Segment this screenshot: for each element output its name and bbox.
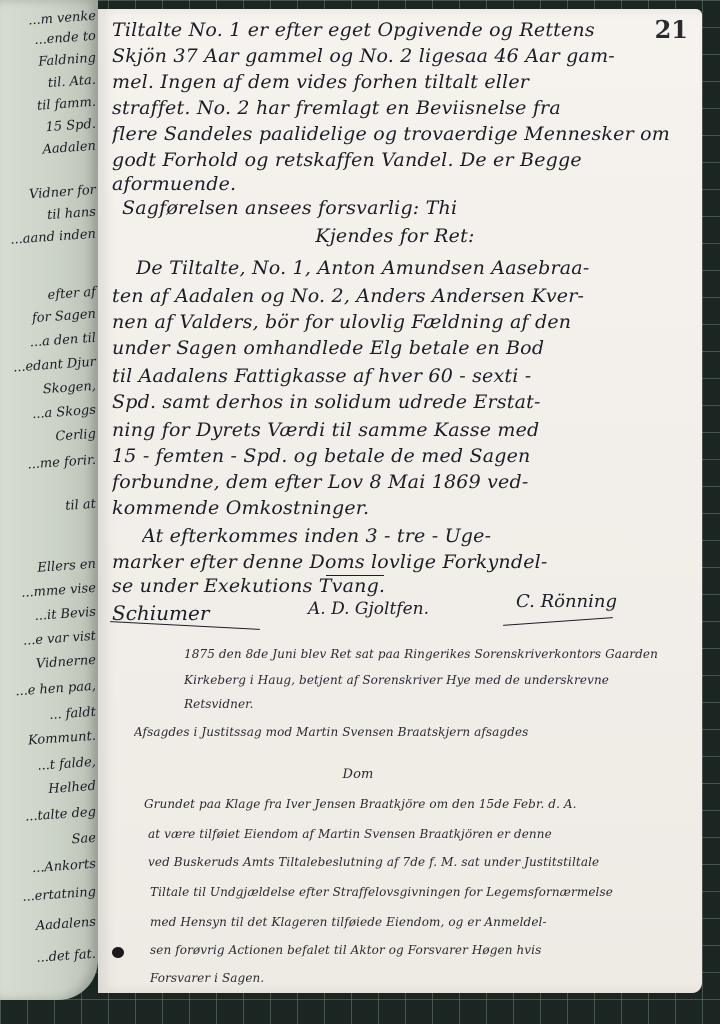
verdict-line: ning for Dyrets Værdi til samme Kasse me… bbox=[112, 419, 678, 441]
left-fragment: ...edant Djur bbox=[2, 355, 97, 377]
left-fragment: ...mme vise bbox=[2, 581, 97, 603]
left-fragment: til. Ata. bbox=[2, 73, 97, 95]
dom-heading: Dom bbox=[98, 767, 618, 782]
left-fragment: 15 Spd. bbox=[2, 117, 97, 139]
left-fragment: Aadalens bbox=[2, 915, 97, 937]
left-fragment: til at bbox=[2, 497, 97, 519]
left-fragment: ...aand inden bbox=[2, 227, 97, 249]
left-fragment: ...me forir. bbox=[2, 453, 97, 475]
left-fragment: Ellers en bbox=[2, 557, 97, 579]
dom-line: Forsvarer i Sagen. bbox=[150, 971, 690, 985]
entry-line: flere Sandeles paalidelige og trovaerdig… bbox=[112, 123, 678, 145]
left-fragment: Skogen, bbox=[2, 379, 97, 401]
verdict-line: nen af Valders, bör for ulovlig Fældning… bbox=[112, 311, 678, 333]
left-fragment: ...it Bevis bbox=[2, 605, 97, 627]
left-fragment: til famm. bbox=[2, 95, 97, 117]
entry-line: 1875 den 8de Juni blev Ret sat paa Ringe… bbox=[184, 647, 684, 661]
left-fragment: ...a Skogs bbox=[2, 403, 97, 425]
dom-line: at være tilføiet Eiendom af Martin Svens… bbox=[148, 827, 688, 841]
dom-line: med Hensyn til det Klageren tilføiede Ei… bbox=[150, 915, 690, 929]
entry-line: Tiltalte No. 1 er efter eget Opgivende o… bbox=[112, 19, 678, 41]
verdict-line: forbundne, dem efter Lov 8 Mai 1869 ved- bbox=[112, 471, 678, 493]
dom-line: Tiltale til Undgjældelse efter Straffelo… bbox=[150, 885, 690, 899]
entry-line: aformuende. bbox=[112, 173, 678, 195]
left-fragment: ...Ankorts bbox=[2, 857, 97, 879]
execution-line: marker efter denne Doms lovlige Forkynde… bbox=[112, 551, 678, 573]
entry-line: Afsagdes i Justitssag mod Martin Svensen… bbox=[134, 725, 674, 739]
left-fragment: for Sagen bbox=[2, 307, 97, 329]
entry-line: Kirkeberg i Haug, betjent af Sorenskrive… bbox=[184, 673, 684, 687]
entry-line: mel. Ingen af dem vides forhen tiltalt e… bbox=[112, 71, 678, 93]
doms-underline bbox=[326, 575, 384, 576]
verdict-heading: Kjendes for Ret: bbox=[112, 225, 678, 247]
verdict-line: 15 - femten - Spd. og betale de med Sage… bbox=[112, 445, 678, 467]
left-fragment: ...t falde, bbox=[2, 755, 97, 777]
left-fragment: ...det fat. bbox=[2, 947, 97, 969]
entry-line: Retsvidner. bbox=[184, 697, 684, 711]
left-fragment: til hans bbox=[2, 205, 97, 227]
verdict-line: kommende Omkostninger. bbox=[112, 497, 678, 519]
dom-line: sen forøvrig Actionen befalet til Aktor … bbox=[150, 943, 690, 957]
left-fragment: Helhed bbox=[2, 779, 97, 801]
entry-line: straffet. No. 2 har fremlagt en Beviisne… bbox=[112, 97, 678, 119]
left-fragment: Sae bbox=[2, 831, 97, 853]
signature-2: A. D. Gjoltfen. bbox=[308, 599, 429, 619]
left-fragment: ...ertatning bbox=[2, 885, 97, 907]
verdict-line: ten af Aadalen og No. 2, Anders Andersen… bbox=[112, 285, 678, 307]
signature-3: C. Rönning bbox=[516, 591, 617, 612]
left-fragment: Vidner for bbox=[2, 183, 97, 205]
left-fragment: ...ende to bbox=[2, 29, 97, 51]
verdict-line: under Sagen omhandlede Elg betale en Bod bbox=[112, 337, 678, 359]
left-fragment: efter af bbox=[2, 285, 97, 307]
left-fragment: Kommunt. bbox=[2, 729, 97, 751]
right-page: 21 Tiltalte No. 1 er efter eget Opgivend… bbox=[98, 9, 702, 993]
left-fragment: ... faldt bbox=[2, 705, 97, 727]
entry-line: Sagførelsen ansees forsvarlig: Thi bbox=[122, 197, 688, 219]
dom-line: ved Buskeruds Amts Tiltalebeslutning af … bbox=[148, 855, 688, 869]
left-facing-page: ...m venke ...ende to Faldning til. Ata.… bbox=[0, 0, 98, 1000]
dom-line: Grundet paa Klage fra Iver Jensen Braatk… bbox=[144, 797, 684, 811]
left-fragment: Cerlig bbox=[2, 427, 97, 449]
left-fragment: ...e hen paa, bbox=[2, 679, 97, 701]
verdict-line: Spd. samt derhos in solidum udrede Ersta… bbox=[112, 391, 678, 413]
left-fragment: ...m venke bbox=[2, 9, 97, 31]
entry-line: godt Forhold og retskaffen Vandel. De er… bbox=[112, 149, 678, 171]
ink-blot bbox=[112, 947, 124, 958]
left-fragment: ...a den til bbox=[2, 331, 97, 353]
left-fragment: ...talte deg bbox=[2, 805, 97, 827]
left-fragment: Aadalen bbox=[2, 139, 97, 161]
left-fragment: Vidnerne bbox=[2, 653, 97, 675]
left-fragment: ...e var vist bbox=[2, 629, 97, 651]
left-fragment: Faldning bbox=[2, 51, 97, 73]
verdict-line: De Tiltalte, No. 1, Anton Amundsen Aaseb… bbox=[136, 257, 702, 279]
verdict-line: til Aadalens Fattigkasse af hver 60 - se… bbox=[112, 365, 678, 387]
execution-line: At efterkommes inden 3 - tre - Uge- bbox=[142, 525, 708, 547]
signature-3-flourish bbox=[503, 617, 613, 626]
entry-line: Skjön 37 Aar gammel og No. 2 ligesaa 46 … bbox=[112, 45, 678, 67]
